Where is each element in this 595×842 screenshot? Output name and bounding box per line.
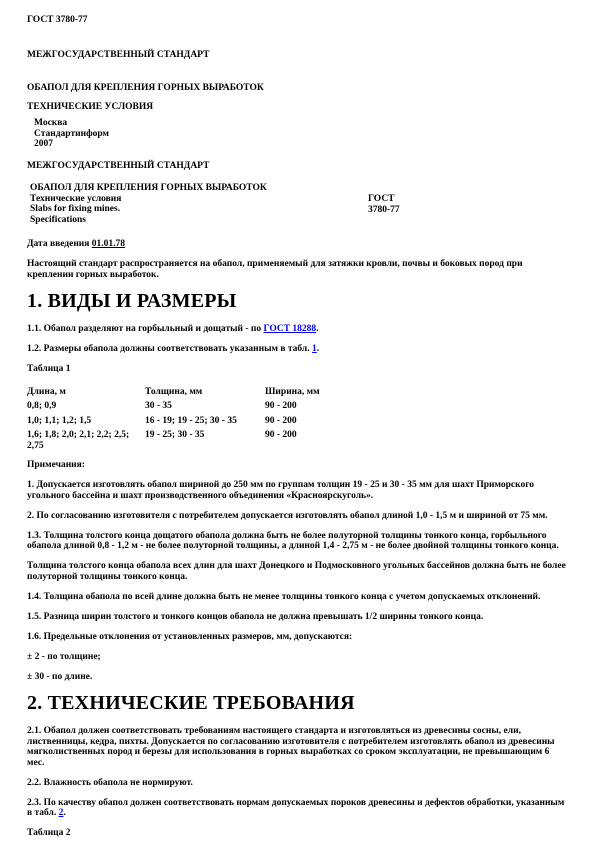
gost-18288-link[interactable]: ГОСТ 18288 <box>264 324 317 334</box>
publisher-name: Стандартинформ <box>34 129 568 140</box>
note-1: 1. Допускается изготовлять обапол ширино… <box>27 480 568 501</box>
cell-length: 1,0; 1,1; 1,2; 1,5 <box>27 414 145 429</box>
cell-length: 0,8; 0,9 <box>27 399 145 414</box>
paragraph-1-6: 1.6. Предельные отклонения от установлен… <box>27 632 568 643</box>
sizes-table: Длина, м Толщина, мм Ширина, мм 0,8; 0,9… <box>27 385 425 454</box>
paragraph-1-2-text: 1.2. Размеры обапола должны соответствов… <box>27 344 312 354</box>
paragraph-2-3: 2.3. По качеству обапол должен соответст… <box>27 798 568 819</box>
intro-paragraph: Настоящий стандарт распространяется на о… <box>27 259 568 280</box>
publisher-block: Москва Стандартинформ 2007 <box>27 118 568 150</box>
paragraph-1-2: 1.2. Размеры обапола должны соответствов… <box>27 344 568 355</box>
document-page: ГОСТ 3780-77 МЕЖГОСУДАРСТВЕННЫЙ СТАНДАРТ… <box>0 0 595 842</box>
paragraph-1-3: 1.3. Толщина толстого конца дощатого оба… <box>27 531 568 552</box>
standard-subtitle-ru: Технические условия <box>30 194 360 205</box>
paragraph-2-1: 2.1. Обапол должен соответствовать требо… <box>27 726 568 768</box>
notes-label: Примечания: <box>27 460 568 471</box>
paragraph-2-2: 2.2. Влажность обапола не нормируют. <box>27 778 568 789</box>
column-header-length: Длина, м <box>27 385 145 400</box>
standard-header-block: ОБАПОЛ ДЛЯ КРЕПЛЕНИЯ ГОРНЫХ ВЫРАБОТОК Те… <box>27 183 568 225</box>
cell-thickness: 30 - 35 <box>145 399 265 414</box>
cell-length: 1,6; 1,8; 2,0; 2,1; 2,2; 2,5; 2,75 <box>27 428 145 453</box>
publisher-city: Москва <box>34 118 568 129</box>
paragraph-1-3b: Толщина толстого конца обапола всех длин… <box>27 561 568 582</box>
cover-subtitle: ТЕХНИЧЕСКИЕ УСЛОВИЯ <box>27 102 568 113</box>
paragraph-1-5: 1.5. Разница ширин толстого и тонкого ко… <box>27 612 568 623</box>
note-2: 2. По согласованию изготовителя с потреб… <box>27 511 568 522</box>
standard-header-left: ОБАПОЛ ДЛЯ КРЕПЛЕНИЯ ГОРНЫХ ВЫРАБОТОК Те… <box>27 183 360 225</box>
table-row: 0,8; 0,9 30 - 35 90 - 200 <box>27 399 425 414</box>
paragraph-1-1-tail: . <box>316 324 318 334</box>
table2-label: Таблица 2 <box>27 828 568 839</box>
column-header-thickness: Толщина, мм <box>145 385 265 400</box>
standard-code-line2: 3780-77 <box>368 205 400 216</box>
table-row: 1,6; 1,8; 2,0; 2,1; 2,2; 2,5; 2,75 19 - … <box>27 428 425 453</box>
effective-date: Дата введения 01.01.78 <box>27 239 568 250</box>
standard-subtitle-en: Specifications <box>30 215 360 226</box>
paragraph-1-1: 1.1. Обапол разделяют на горбыльный и до… <box>27 324 568 335</box>
section2-heading: 2. ТЕХНИЧЕСКИЕ ТРЕБОВАНИЯ <box>27 692 568 715</box>
table1-label: Таблица 1 <box>27 364 568 375</box>
section1-heading: 1. ВИДЫ И РАЗМЕРЫ <box>27 290 568 313</box>
cell-thickness: 16 - 19; 19 - 25; 30 - 35 <box>145 414 265 429</box>
cell-width: 90 - 200 <box>265 414 425 429</box>
table-row: 1,0; 1,1; 1,2; 1,5 16 - 19; 19 - 25; 30 … <box>27 414 425 429</box>
doc-code-header: ГОСТ 3780-77 <box>27 15 568 26</box>
paragraph-2-3-tail: . <box>63 808 65 818</box>
cell-width: 90 - 200 <box>265 428 425 453</box>
paragraph-1-4: 1.4. Толщина обапола по всей длине должн… <box>27 592 568 603</box>
paragraph-1-2-tail: . <box>317 344 319 354</box>
column-header-width: Ширина, мм <box>265 385 425 400</box>
standard-code-block: ГОСТ 3780-77 <box>368 194 400 215</box>
paragraph-1-1-text: 1.1. Обапол разделяют на горбыльный и до… <box>27 324 264 334</box>
tolerance-thickness: ± 2 - по толщине; <box>27 652 568 663</box>
publisher-year: 2007 <box>34 139 568 150</box>
effective-date-value: 01.01.78 <box>92 239 125 249</box>
standard-type-label: МЕЖГОСУДАРСТВЕННЫЙ СТАНДАРТ <box>27 50 568 61</box>
table-header-row: Длина, м Толщина, мм Ширина, мм <box>27 385 425 400</box>
paragraph-2-3-text: 2.3. По качеству обапол должен соответст… <box>27 798 564 819</box>
standard-title-en: Slabs for fixing mines. <box>30 204 360 215</box>
cell-width: 90 - 200 <box>265 399 425 414</box>
effective-date-label: Дата введения <box>27 239 92 249</box>
cover-title: ОБАПОЛ ДЛЯ КРЕПЛЕНИЯ ГОРНЫХ ВЫРАБОТОК <box>27 83 277 94</box>
standard-type-label-2: МЕЖГОСУДАРСТВЕННЫЙ СТАНДАРТ <box>27 161 568 172</box>
tolerance-length: ± 30 - по длине. <box>27 672 568 683</box>
standard-title: ОБАПОЛ ДЛЯ КРЕПЛЕНИЯ ГОРНЫХ ВЫРАБОТОК <box>30 183 360 194</box>
standard-code-line1: ГОСТ <box>368 194 400 205</box>
cell-thickness: 19 - 25; 30 - 35 <box>145 428 265 453</box>
